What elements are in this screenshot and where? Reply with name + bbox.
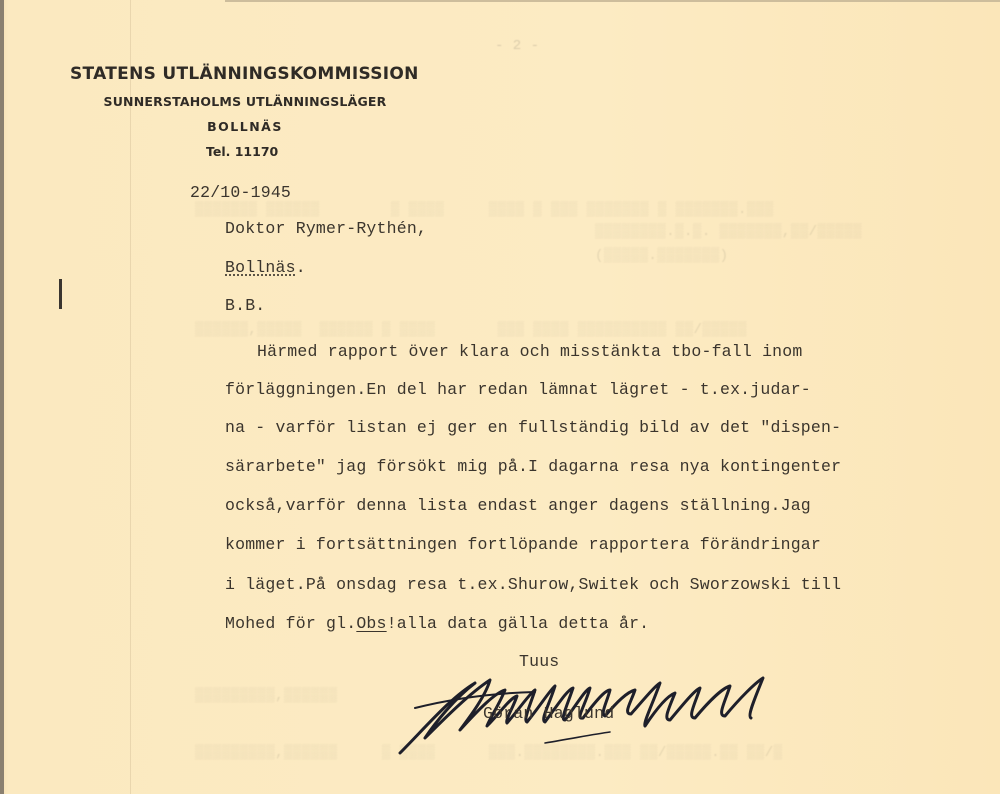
page-edge-top <box>225 0 1000 2</box>
show-through-text: ▒▒▒▒▒▒▒▒▒,▒▒▒▒▒▒ <box>195 688 346 704</box>
body-line: förläggningen.En del har redan lämnat lä… <box>225 380 811 399</box>
letterhead-camp: SUNNERSTAHOLMS UTLÄNNINGSLÄGER <box>60 94 430 109</box>
body-line: kommer i fortsättningen fortlöpande rapp… <box>225 535 821 554</box>
letterhead-organization: STATENS UTLÄNNINGSKOMMISSION <box>60 64 430 84</box>
last-line-after: !alla data gälla detta år. <box>387 614 650 633</box>
letter-date: 22/10-1945 <box>190 183 291 202</box>
page-number: - 2 - <box>495 38 540 54</box>
body-line: särarbete" jag försökt mig på.I dagarna … <box>225 457 841 476</box>
letterhead-telephone: Tel. 11170 <box>60 144 430 159</box>
body-line: na - varför listan ej ger en fullständig… <box>225 418 841 437</box>
letterhead-city: BOLLNÄS <box>60 119 430 134</box>
body-line: i läget.På onsdag resa t.ex.Shurow,Swite… <box>225 575 841 594</box>
reference-code: B.B. <box>225 296 265 315</box>
show-through-text: (▒▒▒▒▒.▒▒▒▒▒▒▒) <box>595 248 729 264</box>
recipient-name: Doktor Rymer-Rythén, <box>225 219 427 238</box>
page-edge-left <box>0 0 4 794</box>
recipient-city-line: Bollnäs. <box>225 258 306 277</box>
margin-mark <box>59 279 62 309</box>
body-line-last: Mohed för gl.Obs!alla data gälla detta å… <box>225 614 649 633</box>
recipient-city-suffix: . <box>296 258 306 277</box>
body-line: Härmed rapport över klara och misstänkta… <box>257 342 803 361</box>
recipient-city: Bollnäs <box>225 258 296 277</box>
last-line-before: Mohed för gl. <box>225 614 356 633</box>
show-through-text: ▒▒▒▒▒▒▒▒.▒.▒. ▒▒▒▒▒▒▒,▒▒/▒▒▒▒▒ <box>595 224 862 240</box>
letterhead: STATENS UTLÄNNINGSKOMMISSION SUNNERSTAHO… <box>60 64 430 159</box>
obs-underlined: Obs <box>356 614 386 633</box>
show-through-text: ▒▒▒▒▒▒,▒▒▒▒▒ ▒▒▒▒▒▒ ▒ ▒▒▒▒ ▒▒▒ ▒▒▒▒ ▒▒▒▒… <box>195 322 747 338</box>
document-page: ▒▒▒▒▒▒▒ ▒▒▒▒▒▒ ▒ ▒▒▒▒ ▒▒▒▒ ▒ ▒▒▒ ▒▒▒▒▒▒▒… <box>0 0 1000 794</box>
show-through-text: ▒▒▒▒▒▒▒ ▒▒▒▒▒▒ ▒ ▒▒▒▒ ▒▒▒▒ ▒ ▒▒▒ ▒▒▒▒▒▒▒… <box>195 202 774 218</box>
signatory-name: Göran Haglund <box>483 704 614 723</box>
body-line: också,varför denna lista endast anger da… <box>225 496 811 515</box>
